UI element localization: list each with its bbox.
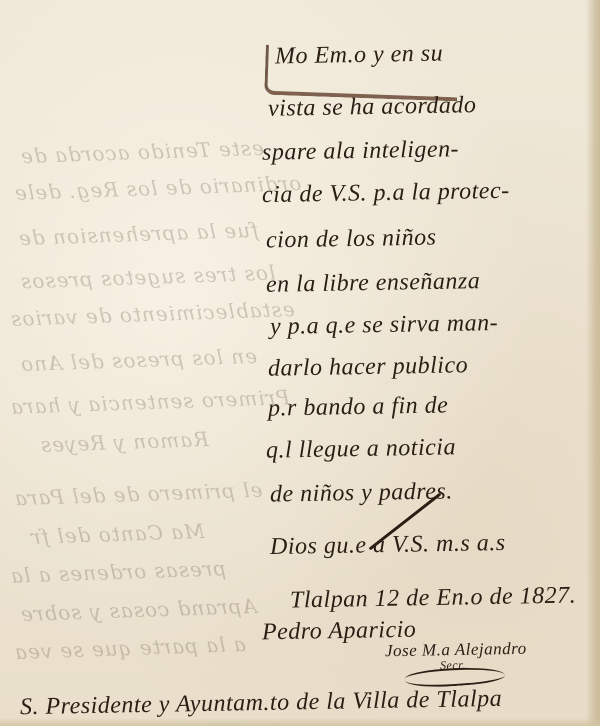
closing-line: Dios gu.e a V.S. m.s a.s [270, 530, 506, 561]
letter-line: Mo Em.o y en su [275, 41, 444, 71]
paper-edge-right [586, 0, 600, 726]
letter-line: en la libre enseñanza [266, 268, 481, 299]
date-line: Tlalpan 12 de En.o de 1827. [290, 583, 577, 615]
letter-line: vista se ha acordado [268, 92, 477, 123]
letter-line: spare ala inteligen- [262, 136, 460, 166]
letter-line: q.l llegue a noticia [266, 434, 456, 464]
bleed-line: a la parte que se vea [14, 632, 247, 664]
bleed-line: ordinario de los Reg. dele [14, 171, 302, 205]
paper-edge-bottom [0, 718, 600, 726]
bleed-line: los tres sugetos presos [20, 261, 276, 294]
bleed-line: Aprand cosas y sobre [20, 594, 258, 626]
letter-line: cia de V.S. p.a la protec- [262, 178, 510, 209]
letter-line: darlo hacer publico [268, 352, 469, 382]
bleed-line: Ma Canto del fr [30, 519, 205, 549]
bleed-line: establecimiento de varios [10, 297, 295, 331]
bleed-line: fue la aprehension de [18, 218, 259, 250]
document-page: este Tenido acorda de ordinario de los R… [0, 0, 600, 726]
bleed-line: presas ordenes a la [10, 556, 227, 588]
letter-line: cion de los niños [266, 225, 437, 255]
letter-line: p.r bando a fin de [268, 392, 449, 422]
bleed-line: en los presos del Ano [20, 344, 258, 376]
bleed-line: Ramon y Reyes [40, 427, 209, 457]
addressee-line: S. Presidente y Ayuntam.to de la Villa d… [20, 686, 503, 721]
letter-line: y p.a q.e se sirva man- [270, 310, 499, 341]
bleed-line: este Tenido acorda de [20, 136, 265, 168]
bleed-line: Primero sentencia y hara [10, 385, 290, 419]
bleed-line: el primero de del Para [14, 478, 263, 511]
